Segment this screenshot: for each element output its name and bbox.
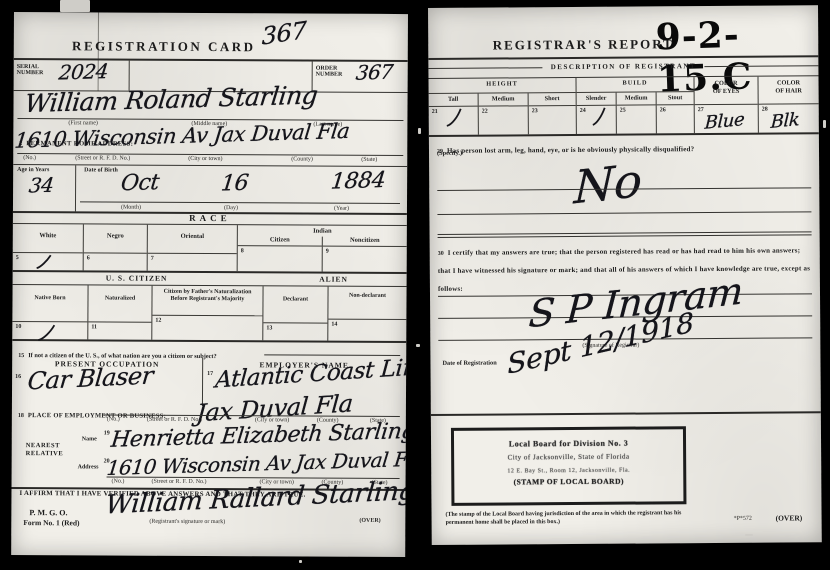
- alien-declarant-label: Declarant: [263, 286, 327, 323]
- place-caption-no: (No.): [107, 416, 120, 422]
- race-oriental-label: Oriental: [148, 225, 237, 254]
- relative-caption-no: (No.): [112, 479, 125, 485]
- eye-color-handwriting: Blue: [704, 109, 745, 134]
- address-caption-city: (City or town): [188, 156, 222, 162]
- race-indian-noncitizen-number: 9: [326, 249, 329, 255]
- address-caption-no: (No.): [23, 155, 36, 161]
- registration-date-label: Date of Registration: [442, 360, 496, 367]
- place-label: PLACE OF EMPLOYMENT OR BUSINESS:: [28, 412, 166, 420]
- height-medium-number: 22: [482, 109, 488, 115]
- height-medium-label: Medium: [479, 93, 529, 105]
- hair-number: 28: [762, 107, 768, 113]
- height-tall-label: Tall: [429, 94, 479, 106]
- nearest-relative-label-top: NEAREST: [26, 442, 60, 449]
- alien-nondeclarant-label: Non-declarant: [328, 287, 406, 320]
- scan-speck: [299, 560, 302, 563]
- citizen-naturalized-label: Naturalized: [88, 285, 151, 322]
- checkmark-icon: [36, 324, 56, 344]
- race-header: RACE: [13, 212, 407, 224]
- birth-caption-day: (Day): [224, 205, 238, 211]
- rule-line: [438, 231, 812, 238]
- stamp-line1: Local Board for Division No. 3: [454, 438, 683, 449]
- build-slender-number: 24: [580, 108, 586, 114]
- order-number-value: 367: [354, 59, 408, 93]
- relative-caption-street: (Street or R. F. D. No.): [152, 479, 207, 485]
- stamp-line2: City of Jacksonville, State of Florida: [454, 452, 683, 462]
- alien-nondeclarant-number: 14: [331, 322, 337, 328]
- signature-caption: (Registrant's signature or mark): [149, 519, 225, 525]
- order-number-label-bottom: NUMBER: [316, 72, 356, 78]
- relative-name-label: Name: [82, 436, 97, 442]
- rule-line: [431, 411, 821, 416]
- citizen-father-number: 12: [155, 318, 161, 324]
- birth-month-handwriting: Oct: [120, 170, 161, 196]
- eyes-header-bottom: OF EYES: [695, 88, 758, 97]
- scanned-draft-card-image: REGISTRATION CARD 367 SERIAL NUMBER 2024…: [0, 0, 830, 570]
- eyes-number: 27: [698, 107, 704, 113]
- race-white-label: White: [13, 224, 83, 253]
- checkmark-icon: [35, 254, 53, 272]
- serial-number-label-bottom: NUMBER: [17, 70, 59, 76]
- q30-number: 30: [438, 251, 444, 257]
- race-negro-number: 6: [87, 255, 90, 261]
- build-medium-number: 25: [620, 108, 626, 114]
- occupation-number: 16: [15, 374, 21, 380]
- us-citizen-header: U. S. CITIZEN: [13, 273, 261, 283]
- scan-speck: [416, 344, 420, 347]
- race-white-number: 5: [16, 255, 19, 261]
- birth-caption-year: (Year): [334, 206, 349, 212]
- height-short-label: Short: [529, 93, 576, 105]
- birth-day-handwriting: 16: [220, 171, 250, 197]
- rule-line: [437, 211, 811, 215]
- race-table: White 5 Negro 6 Oriental 7 Indian Ci: [13, 223, 407, 274]
- scan-speck: [823, 120, 826, 128]
- scan-speck: [745, 534, 753, 536]
- rule-line: [704, 65, 818, 67]
- build-stout-number: 26: [660, 107, 666, 113]
- q29-answer-handwriting: No: [573, 153, 642, 214]
- build-medium-label: Medium: [617, 92, 657, 104]
- height-tall-number: 21: [432, 109, 438, 115]
- race-oriental-number: 7: [151, 256, 154, 262]
- print-code: *P*572: [734, 516, 752, 522]
- over-note: (OVER): [776, 513, 803, 522]
- build-slender-label: Slender: [577, 93, 617, 105]
- relative-address-label: Address: [78, 464, 99, 470]
- birth-year-handwriting: 1884: [330, 168, 387, 195]
- citizen-naturalized-number: 11: [91, 324, 97, 330]
- relative-name-number: 19: [104, 430, 110, 436]
- citizen-father-label: Citizen by Father's Naturalization Befor…: [152, 286, 262, 317]
- local-board-stamp: Local Board for Division No. 3 City of J…: [451, 426, 687, 506]
- checkmark-icon: [591, 107, 607, 129]
- stamp-footnote: (The stamp of the Local Board having jur…: [446, 509, 710, 527]
- height-short-number: 23: [532, 108, 538, 114]
- age-birth-row: Age in Years 34 Date of Birth Oct 16 188…: [13, 164, 407, 215]
- q29-specify-caption: (Specify.): [437, 150, 462, 157]
- race-negro-label: Negro: [84, 224, 147, 253]
- race-indian-citizen-number: 8: [241, 248, 244, 254]
- q29-text: Has person lost arm, leg, hand, eye, or …: [447, 145, 694, 155]
- form-id-line2: Form No. 1 (Red): [23, 518, 79, 527]
- order-number-handwritten: 367: [261, 16, 306, 50]
- height-header: HEIGHT: [428, 78, 575, 94]
- stamp-line3: 12 E. Bay St., Room 12, Jacksonville, Fl…: [454, 467, 683, 475]
- race-indian-citizen-label: Citizen: [238, 236, 322, 245]
- registration-card: REGISTRATION CARD 367 SERIAL NUMBER 2024…: [11, 12, 408, 557]
- citizen-native-label: Native Born: [12, 285, 87, 322]
- checkmark-icon: [445, 108, 463, 130]
- race-indian-label: Indian: [238, 225, 407, 237]
- hair-header-bottom: OF HAIR: [759, 87, 819, 96]
- address-caption-street: (Street or R. F. D. No.): [75, 155, 130, 161]
- alien-declarant-number: 13: [266, 325, 272, 331]
- build-stout-label: Stout: [657, 92, 694, 104]
- hair-color-handwriting: Blk: [770, 109, 800, 133]
- relative-address-handwriting: 1610 Wisconsin Av Jax Duval Fla: [106, 447, 408, 480]
- rule-line: [428, 67, 542, 69]
- alien-header: ALIEN: [261, 274, 407, 284]
- form-id-line1: P. M. G. O.: [29, 508, 67, 517]
- address-caption-county: (County): [291, 156, 313, 162]
- place-caption-street: (Street or R. F. D. No.): [147, 417, 202, 423]
- registrant-signature-handwriting: William Rallard Starling: [104, 476, 408, 520]
- employer-number: 17: [207, 371, 213, 377]
- card-title: REGISTRATION CARD: [44, 38, 284, 55]
- description-table: HEIGHT Tall Medium Short 21 22 23: [428, 75, 818, 137]
- race-indian-noncitizen-label: Noncitizen: [322, 237, 407, 246]
- home-address-handwriting: 1610 Wisconsin Av Jax Duval Fla: [13, 119, 350, 153]
- age-value: 34: [28, 173, 55, 198]
- scan-speck: [418, 128, 421, 134]
- description-header: DESCRIPTION OF REGISTRANT: [543, 62, 704, 71]
- over-note: (OVER): [359, 518, 380, 524]
- citizen-native-number: 10: [15, 324, 21, 330]
- scan-speck: [60, 0, 90, 12]
- occupation-handwriting: Car Blaser: [26, 362, 154, 396]
- address-caption-state: (State): [361, 157, 377, 163]
- citizenship-table: Native Born 10 Naturalized 11 Citizen by…: [12, 284, 406, 343]
- nearest-relative-label-bottom: RELATIVE: [26, 450, 64, 457]
- place-number: 18: [18, 413, 24, 419]
- build-header: BUILD: [576, 77, 693, 93]
- registrars-report-card: REGISTRAR'S REPORT 9-2-15.C DESCRIPTION …: [428, 5, 822, 545]
- birth-caption-month: (Month): [121, 205, 141, 211]
- rule-line: [264, 354, 400, 356]
- stamp-line4: (STAMP OF LOCAL BOARD): [454, 476, 683, 487]
